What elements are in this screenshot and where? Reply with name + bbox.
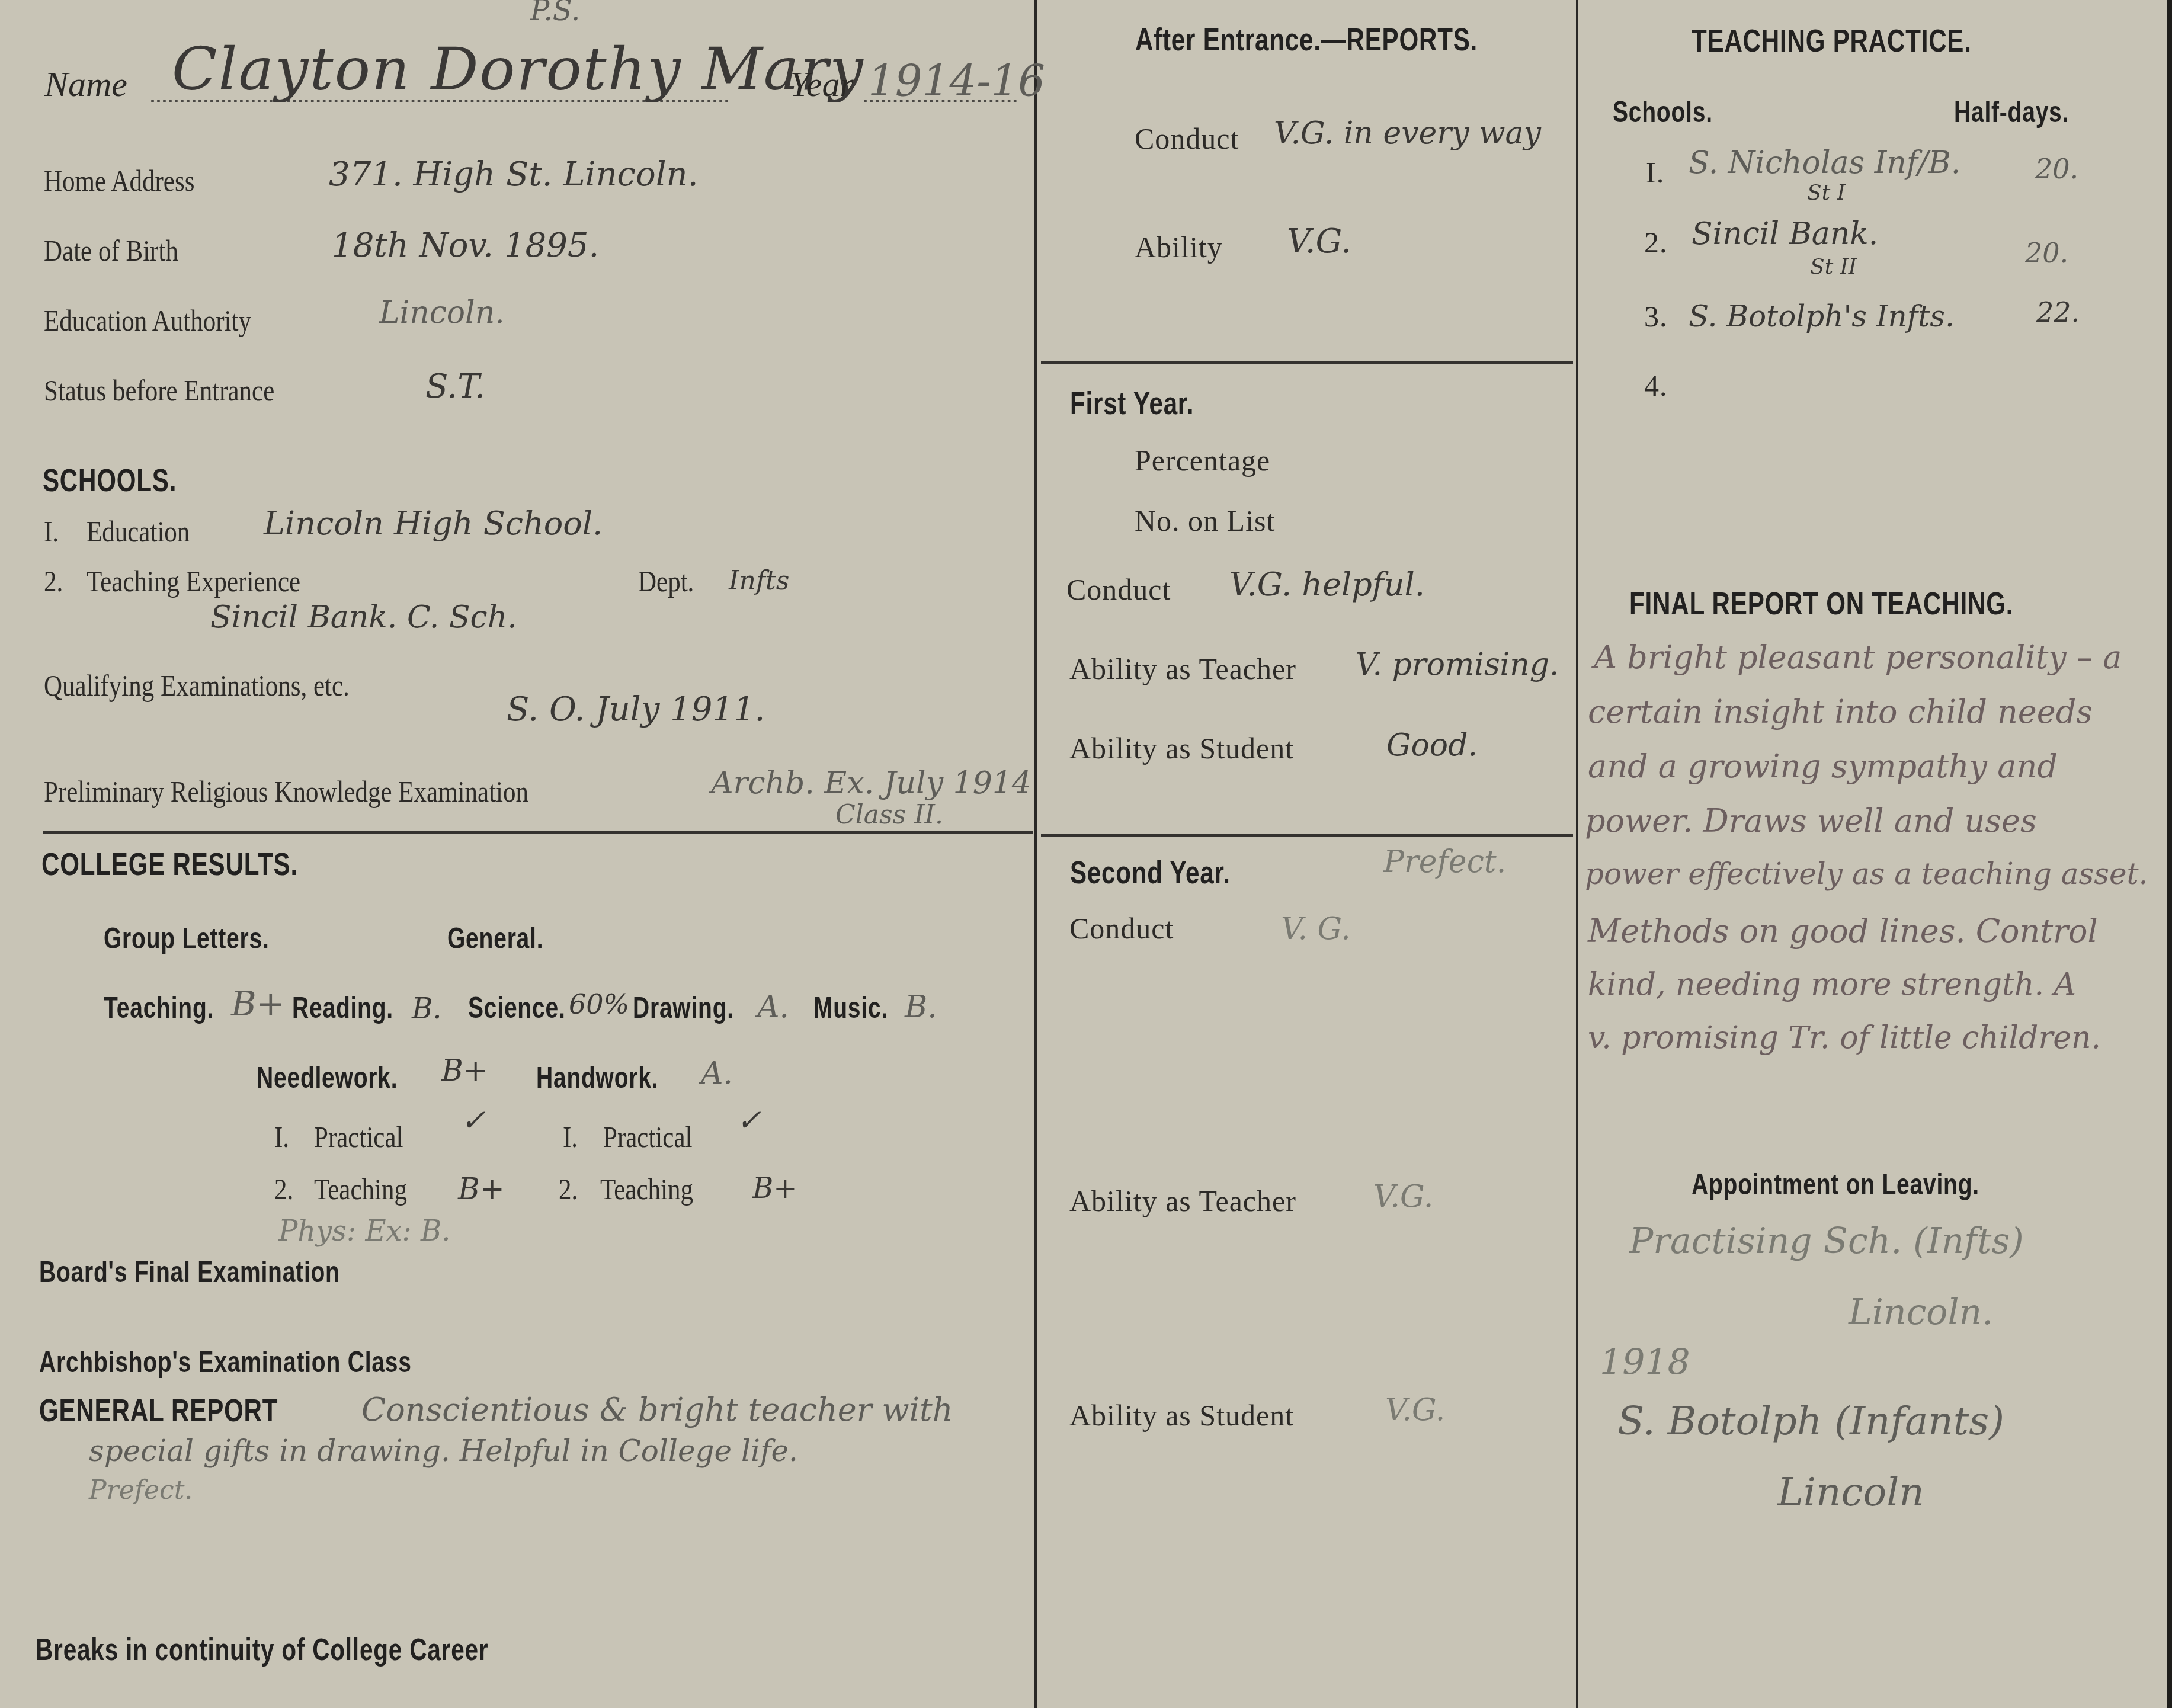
qualifying-exams-value[interactable]: S. O. July 1911. — [507, 690, 765, 729]
appointment-year[interactable]: 1918 — [1600, 1342, 1690, 1383]
final-report-line: A bright pleasant personality – a — [1594, 639, 2122, 676]
music-grade-value[interactable]: B. — [905, 989, 937, 1025]
left-section-rule — [43, 831, 1033, 834]
schools-column-header: Schools. — [1613, 95, 1713, 129]
reading-grade-value[interactable]: B. — [412, 992, 442, 1026]
breaks-in-continuity-label: Breaks in continuity of College Career — [36, 1632, 488, 1668]
handwork-label: Handwork. — [536, 1060, 658, 1095]
general-report-line-2[interactable]: special gifts in drawing. Helpful in Col… — [89, 1434, 798, 1468]
practice-row-halfdays[interactable]: 20. — [2025, 237, 2068, 269]
date-of-birth-label: Date of Birth — [44, 233, 178, 268]
reports-heading: After Entrance.—REPORTS. — [1135, 21, 1478, 58]
practice-row-school[interactable]: S. Nicholas Inf/B. — [1689, 145, 1960, 181]
practice-row-num: 4. — [1644, 368, 1668, 403]
card-edge — [2167, 0, 2172, 1708]
column-divider-left — [1034, 0, 1037, 1708]
practice-row-school[interactable]: Sincil Bank. — [1692, 216, 1878, 252]
teaching-grade-value[interactable]: B+ — [231, 983, 285, 1024]
needlework-practical-num: I. — [274, 1120, 289, 1154]
final-report-line: and a growing sympathy and — [1588, 748, 2058, 785]
name-annotation: P.S. — [530, 0, 580, 27]
date-of-birth-value[interactable]: 18th Nov. 1895. — [332, 226, 599, 265]
archbishop-exam-label: Archbishop's Examination Class — [39, 1345, 412, 1379]
first-year-conduct-value[interactable]: V.G. helpful. — [1229, 566, 1425, 603]
general-report-line-3[interactable]: Prefect. — [89, 1475, 193, 1505]
group-letters-label: Group Letters. — [104, 921, 270, 956]
handwork-practical-value[interactable]: ✓ — [736, 1103, 761, 1137]
entrance-conduct-value[interactable]: V.G. in every way — [1274, 116, 1541, 151]
needlework-teaching-value[interactable]: B+ — [458, 1172, 505, 1206]
needlework-teaching-num: 2. — [274, 1172, 293, 1206]
schools-heading: SCHOOLS. — [43, 462, 177, 499]
needlework-label: Needlework. — [257, 1060, 398, 1095]
appointment-line-1[interactable]: Practising Sch. (Infts) — [1629, 1220, 2024, 1262]
reading-grade-label: Reading. — [292, 991, 393, 1025]
practice-row-halfdays[interactable]: 20. — [2035, 153, 2078, 185]
second-year-conduct-value[interactable]: V. G. — [1281, 911, 1351, 947]
religious-exam-label: Preliminary Religious Knowledge Examinat… — [44, 774, 528, 809]
handwork-value[interactable]: A. — [701, 1056, 733, 1091]
second-year-teacher-label: Ability as Teacher — [1069, 1184, 1296, 1218]
drawing-grade-value[interactable]: A. — [757, 989, 789, 1025]
entrance-conduct-label: Conduct — [1135, 121, 1239, 156]
first-year-conduct-label: Conduct — [1066, 572, 1171, 607]
final-report-line: certain insight into child needs — [1588, 693, 2093, 730]
second-year-teacher-value[interactable]: V.G. — [1373, 1179, 1433, 1214]
general-report-label: GENERAL REPORT — [39, 1392, 278, 1429]
practice-row-sub[interactable]: St II — [1810, 255, 1857, 279]
teaching-experience-label: Teaching Experience — [87, 564, 300, 598]
home-address-value[interactable]: 371. High St. Lincoln. — [329, 155, 698, 194]
teaching-grade-label: Teaching. — [104, 991, 214, 1025]
final-report-line: kind, needing more strength. A — [1588, 967, 2076, 1002]
second-year-conduct-label: Conduct — [1069, 911, 1174, 946]
handwork-practical-label: Practical — [603, 1120, 692, 1154]
handwork-practical-num: I. — [563, 1120, 578, 1154]
teaching-practice-heading: TEACHING PRACTICE. — [1692, 23, 1972, 59]
drawing-grade-label: Drawing. — [633, 991, 734, 1025]
percentage-label: Percentage — [1135, 443, 1270, 478]
teaching-experience-num: 2. — [44, 564, 63, 598]
first-year-heading: First Year. — [1070, 385, 1194, 422]
appointment-line-4[interactable]: Lincoln — [1777, 1469, 1924, 1515]
practice-row-num: I. — [1646, 155, 1664, 190]
halfdays-column-header: Half-days. — [1954, 95, 2069, 129]
second-year-student-value[interactable]: V.G. — [1385, 1392, 1445, 1428]
education-authority-value[interactable]: Lincoln. — [379, 295, 505, 331]
practice-row-num: 2. — [1644, 225, 1668, 259]
first-year-student-label: Ability as Student — [1069, 731, 1294, 765]
appointment-line-2[interactable]: Lincoln. — [1849, 1292, 1993, 1333]
second-year-note[interactable]: Prefect. — [1383, 844, 1506, 880]
general-report-line-1[interactable]: Conscientious & bright teacher with — [361, 1391, 953, 1428]
appointment-heading: Appointment on Leaving. — [1692, 1167, 1979, 1201]
entrance-ability-value[interactable]: V.G. — [1287, 222, 1351, 261]
handwork-teaching-num: 2. — [559, 1172, 578, 1206]
general-label: General. — [447, 921, 543, 956]
column-divider-right — [1576, 0, 1578, 1708]
home-address-label: Home Address — [44, 164, 194, 198]
education-value[interactable]: Lincoln High School. — [264, 505, 603, 542]
final-report-line: v. promising Tr. of little children. — [1588, 1020, 2101, 1056]
practice-row-school[interactable]: S. Botolph's Infts. — [1689, 299, 1955, 334]
college-results-heading: COLLEGE RESULTS. — [41, 846, 298, 883]
education-authority-label: Education Authority — [44, 303, 251, 338]
needlework-value[interactable]: B+ — [441, 1053, 488, 1088]
science-grade-value[interactable]: 60% — [569, 988, 629, 1020]
status-before-entrance-label: Status before Entrance — [44, 373, 274, 408]
science-grade-label: Science. — [468, 991, 566, 1025]
education-num: I. — [44, 514, 59, 549]
qualifying-exams-label: Qualifying Examinations, etc. — [44, 668, 350, 703]
entrance-ability-label: Ability — [1135, 230, 1223, 264]
status-before-entrance-value[interactable]: S.T. — [425, 367, 485, 406]
second-year-student-label: Ability as Student — [1069, 1398, 1294, 1433]
year-label: Year — [790, 64, 854, 105]
final-report-line: power. Draws well and uses — [1585, 802, 2037, 839]
second-year-heading: Second Year. — [1070, 854, 1231, 891]
needlework-teaching-label: Teaching — [314, 1172, 407, 1206]
name-label: Name — [44, 64, 127, 105]
religious-exam-value[interactable]: Archb. Ex. July 1914 — [711, 765, 1031, 801]
practice-row-halfdays[interactable]: 22. — [2036, 296, 2080, 328]
no-on-list-label: No. on List — [1135, 504, 1275, 538]
first-year-student-value[interactable]: Good. — [1386, 728, 1478, 763]
needlework-practical-value[interactable]: ✓ — [461, 1103, 486, 1137]
first-year-teacher-value[interactable]: V. promising. — [1356, 647, 1559, 682]
teaching-experience-value[interactable]: Sincil Bank. C. Sch. — [210, 600, 517, 635]
dept-value[interactable]: Infts — [729, 566, 789, 596]
year-value[interactable]: 1914-16 — [868, 56, 1045, 106]
physical-exercise-note[interactable]: Phys: Ex: B. — [278, 1214, 450, 1248]
name-value[interactable]: Clayton Dorothy Mary — [172, 34, 864, 104]
final-report-line: Methods on good lines. Control — [1588, 912, 2098, 950]
appointment-line-3[interactable]: S. Botolph (Infants) — [1617, 1398, 2004, 1444]
practice-row-sub[interactable]: St I — [1807, 181, 1846, 205]
final-report-heading: FINAL REPORT ON TEACHING. — [1629, 585, 2013, 622]
middle-rule-1 — [1041, 361, 1573, 364]
music-grade-label: Music. — [813, 991, 888, 1025]
dept-label: Dept. — [638, 564, 694, 598]
religious-exam-class[interactable]: Class II. — [835, 800, 943, 830]
practice-row-num: 3. — [1644, 299, 1668, 334]
handwork-teaching-label: Teaching — [600, 1172, 693, 1206]
needlework-practical-label: Practical — [314, 1120, 403, 1154]
boards-final-exam-label: Board's Final Examination — [39, 1255, 340, 1289]
education-label: Education — [87, 514, 190, 549]
middle-rule-2 — [1041, 834, 1573, 837]
first-year-teacher-label: Ability as Teacher — [1069, 652, 1296, 686]
final-report-line: power effectively as a teaching asset. — [1585, 857, 2148, 891]
handwork-teaching-value[interactable]: B+ — [752, 1172, 797, 1205]
